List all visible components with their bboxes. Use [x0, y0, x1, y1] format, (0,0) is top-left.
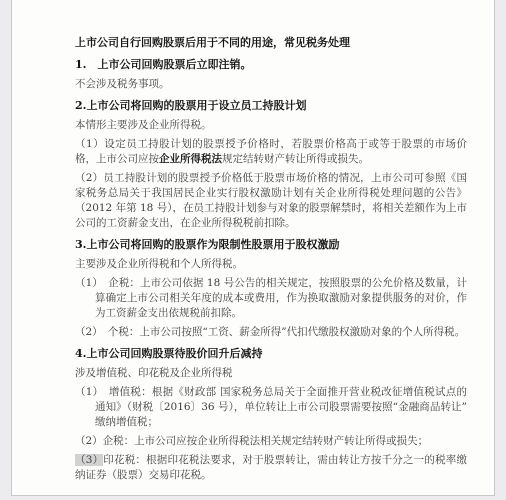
highlighted-item-number: （3）	[75, 454, 103, 466]
section-2-intro: 本情形主要涉及企业所得税。	[75, 118, 467, 133]
section-4-intro: 涉及增值税、印花税及企业所得税	[75, 366, 467, 381]
section-4-heading: 4.上市公司回购股票待股价回升后减持	[75, 347, 467, 361]
section-1-body: 不会涉及税务事项。	[75, 77, 467, 92]
section-1-heading: 1. 上市公司回购股票后立即注销。	[75, 58, 467, 72]
section-4-item-3: （3）印花税：根据印花税法要求，对于股票转让，需由转让方按千分之一的税率缴纳证券…	[75, 453, 467, 483]
doc-title: 上市公司自行回购股票后用于不同的用途，常见税务处理	[75, 36, 467, 50]
document-page: 上市公司自行回购股票后用于不同的用途，常见税务处理 1. 上市公司回购股票后立即…	[11, 0, 495, 496]
section-3-intro: 主要涉及企业所得税和个人所得税。	[75, 257, 467, 272]
section-4-item-1: （1） 增值税：根据《财政部 国家税务总局关于全面推开营业税改征增值税试点的通知…	[75, 385, 467, 430]
paragraph-text: 规定结转财产转让所得或损失。	[222, 153, 369, 165]
document-content: 上市公司自行回购股票后用于不同的用途，常见税务处理 1. 上市公司回购股票后立即…	[12, 0, 495, 483]
section-3-item-1: （1） 企税：上市公司依据 18 号公告的相关规定，按照股票的公允价格及数量，计…	[75, 276, 467, 321]
law-name-emphasis: 企业所得税法	[159, 153, 222, 165]
section-2-paragraph-2: （2）员工持股计划的股票授予价格低于股票市场价格的情况，上市公司可参照《国家税务…	[75, 171, 467, 231]
section-4-item-2: （2）企税：上市公司应按企业所得税法相关规定结转财产转让所得或损失；	[75, 434, 467, 449]
section-3-item-2: （2） 个税：上市公司按照“工资、薪金所得”代扣代缴股权激励对象的个人所得税。	[75, 325, 467, 340]
section-3-heading: 3.上市公司将回购的股票作为限制性股票用于股权激励	[75, 238, 467, 252]
paragraph-text: 印花税：根据印花税法要求，对于股票转让，需由转让方按千分之一的税率缴纳证券（股票…	[75, 454, 467, 481]
section-2-heading: 2.上市公司将回购的股票用于设立员工持股计划	[75, 99, 467, 113]
section-2-paragraph-1: （1）设定员工持股计划的股票授予价格时，若股票价格高于或等于股票的市场价格，上市…	[75, 137, 467, 167]
